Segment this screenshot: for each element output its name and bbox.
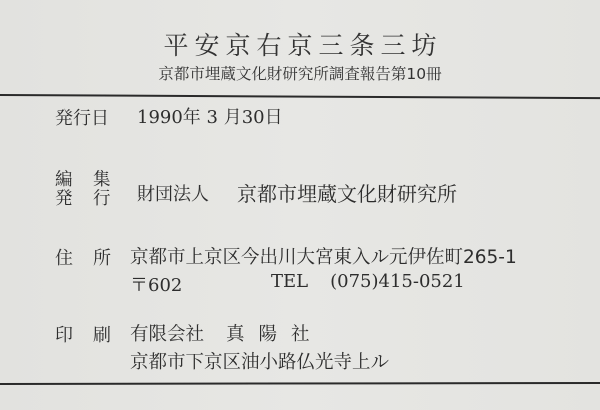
issue-date-value: 1990年 3 月30日 bbox=[137, 103, 283, 129]
printer-company-name: 真陽社 bbox=[226, 324, 324, 345]
tel-number: (075)415-0521 bbox=[330, 271, 465, 292]
printer-company-type: 有限会社 bbox=[130, 324, 204, 345]
postal-code: 〒602 bbox=[130, 271, 182, 297]
series-subtitle: 京都市埋蔵文化財研究所調査報告第10冊 bbox=[0, 62, 600, 84]
telephone: TEL(075)415-0521 bbox=[271, 271, 465, 292]
bottom-divider bbox=[0, 382, 600, 385]
label-char: 所 bbox=[93, 244, 131, 270]
book-title: 平安京右京三条三坊 bbox=[0, 26, 600, 62]
label-char: 住 bbox=[55, 244, 93, 270]
tel-label: TEL bbox=[271, 271, 308, 292]
org-type: 財団法人 bbox=[137, 180, 209, 206]
label-char: 編 bbox=[55, 171, 93, 190]
label-char: 印 bbox=[55, 321, 93, 347]
address-line: 京都市上京区今出川大宮東入ル元伊佐町265-1 bbox=[130, 243, 517, 269]
address-label: 住所 bbox=[55, 244, 131, 270]
editor-publisher-label: 編集 発行 bbox=[55, 171, 131, 209]
org-name: 京都市埋蔵文化財研究所 bbox=[237, 178, 457, 207]
top-divider bbox=[0, 94, 600, 99]
colophon-page: 平安京右京三条三坊 京都市埋蔵文化財研究所調査報告第10冊 発行日 1990年 … bbox=[0, 0, 600, 410]
label-char: 行 bbox=[93, 190, 131, 209]
label-char: 集 bbox=[93, 171, 131, 190]
label-char: 刷 bbox=[93, 321, 131, 347]
printer-label: 印刷 bbox=[55, 321, 131, 347]
label-char: 発 bbox=[55, 190, 93, 209]
printer-company: 有限会社真陽社 bbox=[130, 320, 324, 346]
printer-address: 京都市下京区油小路仏光寺上ル bbox=[130, 348, 389, 374]
issue-date-label: 発行日 bbox=[55, 104, 109, 130]
